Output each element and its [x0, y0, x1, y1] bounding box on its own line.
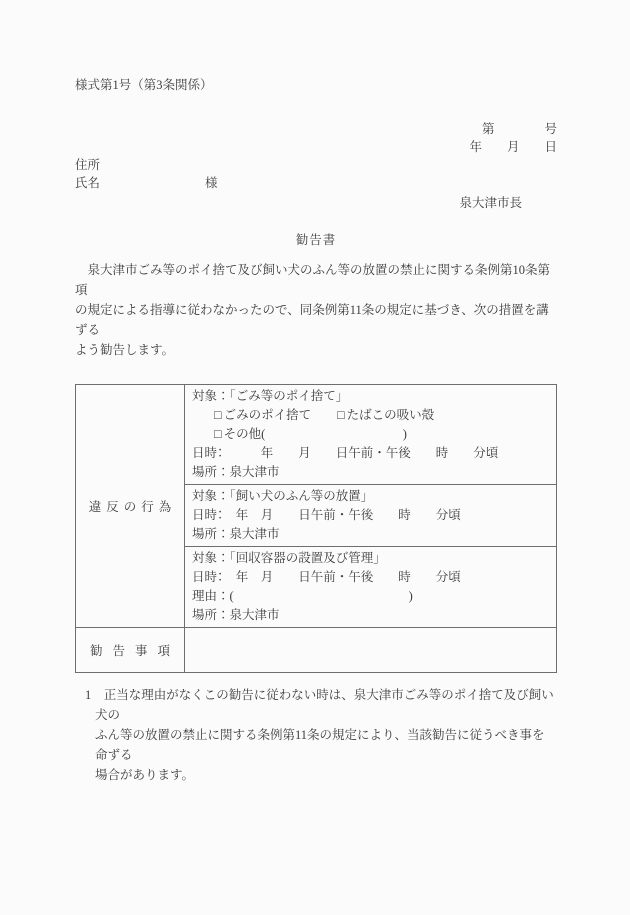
- note-paragraph: 1 正当な理由がなくこの勧告に従わない時は、泉大津市ごみ等のポイ捨て及び飼い犬の…: [95, 685, 557, 785]
- body-paragraph: 泉大津市ごみ等のポイ捨て及び飼い犬のふん等の放置の禁止に関する条例第10条第 項…: [75, 260, 557, 360]
- body-line: の規定による指導に従わなかったので、同条例第11条の規定に基づき、次の措置を講ず…: [75, 300, 557, 340]
- place-line: 場所：泉大津市: [192, 525, 549, 544]
- document-page: 様式第1号（第3条関係） 第 号 年 月 日 住所 氏名様 泉大津市長 勧告書 …: [0, 0, 630, 915]
- violation-sections: 対象：「ごみ等のポイ捨て」 □ごみのポイ捨て□たばこの吸い殻 □その他( ) 日…: [185, 385, 556, 627]
- body-line: 泉大津市ごみ等のポイ捨て及び飼い犬のふん等の放置の禁止に関する条例第10条第 項: [75, 260, 557, 300]
- doc-number-line: 第 号: [75, 120, 557, 138]
- violation-section-dog-waste: 対象：「飼い犬のふん等の放置」 日時： 年 月 日午前・午後 時 分頃 場所：泉…: [185, 485, 556, 547]
- checkbox-icon: □: [337, 408, 345, 422]
- document-title: 勧告書: [75, 232, 557, 248]
- body-line: よう勧告します。: [75, 340, 557, 360]
- reason-line: 理由：( ): [192, 587, 549, 606]
- name-line: 氏名様: [75, 174, 557, 192]
- violation-table: 違反の行為 対象：「ごみ等のポイ捨て」 □ごみのポイ捨て□たばこの吸い殻 □その…: [75, 384, 557, 673]
- violation-label: 違反の行為: [76, 385, 185, 627]
- mayor-name: 泉大津市長: [75, 194, 557, 212]
- violation-section-container: 対象：「回収容器の設置及び管理」 日時： 年 月 日午前・午後 時 分頃 理由：…: [185, 547, 556, 627]
- form-number: 様式第1号（第3条関係）: [75, 78, 557, 92]
- checkbox-option: □その他( ): [214, 427, 407, 441]
- address-label: 住所: [75, 156, 557, 174]
- violation-row: 違反の行為 対象：「ごみ等のポイ捨て」 □ごみのポイ捨て□たばこの吸い殻 □その…: [76, 385, 556, 628]
- checkbox-option-label: たばこの吸い殻: [347, 408, 435, 422]
- note-line: 場合があります。: [95, 765, 557, 785]
- place-line: 場所：泉大津市: [192, 606, 549, 625]
- name-label: 氏名: [75, 176, 100, 190]
- violation-section-litter: 対象：「ごみ等のポイ捨て」 □ごみのポイ捨て□たばこの吸い殻 □その他( ) 日…: [185, 385, 556, 485]
- advisory-content-cell: [185, 628, 556, 672]
- checkbox-option-label: ごみのポイ捨て: [224, 408, 312, 422]
- advisory-row: 勧告事項: [76, 628, 556, 672]
- datetime-line: 日時： 年 月 日午前・午後 時 分頃: [192, 506, 549, 525]
- honorific-label: 様: [205, 176, 218, 190]
- datetime-line: 日時： 年 月 日午前・午後 時 分頃: [192, 444, 549, 463]
- note-line: 1 正当な理由がなくこの勧告に従わない時は、泉大津市ごみ等のポイ捨て及び飼い犬の: [95, 685, 557, 725]
- target-line: 対象：「ごみ等のポイ捨て」: [192, 387, 549, 406]
- date-line: 年 月 日: [75, 138, 557, 156]
- advisory-label: 勧告事項: [76, 628, 185, 672]
- note-line: ふん等の放置の禁止に関する条例第11条の規定により、当該勧告に従うべき事を命ずる: [95, 725, 557, 765]
- checkbox-icon: □: [214, 427, 222, 441]
- checkbox-other-line: □その他( ): [192, 425, 549, 444]
- target-line: 対象：「飼い犬のふん等の放置」: [192, 487, 549, 506]
- checkbox-icon: □: [214, 408, 222, 422]
- checkbox-option-label: その他( ): [224, 427, 407, 441]
- place-line: 場所：泉大津市: [192, 463, 549, 482]
- target-line: 対象：「回収容器の設置及び管理」: [192, 549, 549, 568]
- checkbox-option: □ごみのポイ捨て: [214, 408, 311, 422]
- datetime-line: 日時： 年 月 日午前・午後 時 分頃: [192, 568, 549, 587]
- checkbox-options-line: □ごみのポイ捨て□たばこの吸い殻: [192, 406, 549, 425]
- checkbox-option: □たばこの吸い殻: [337, 408, 434, 422]
